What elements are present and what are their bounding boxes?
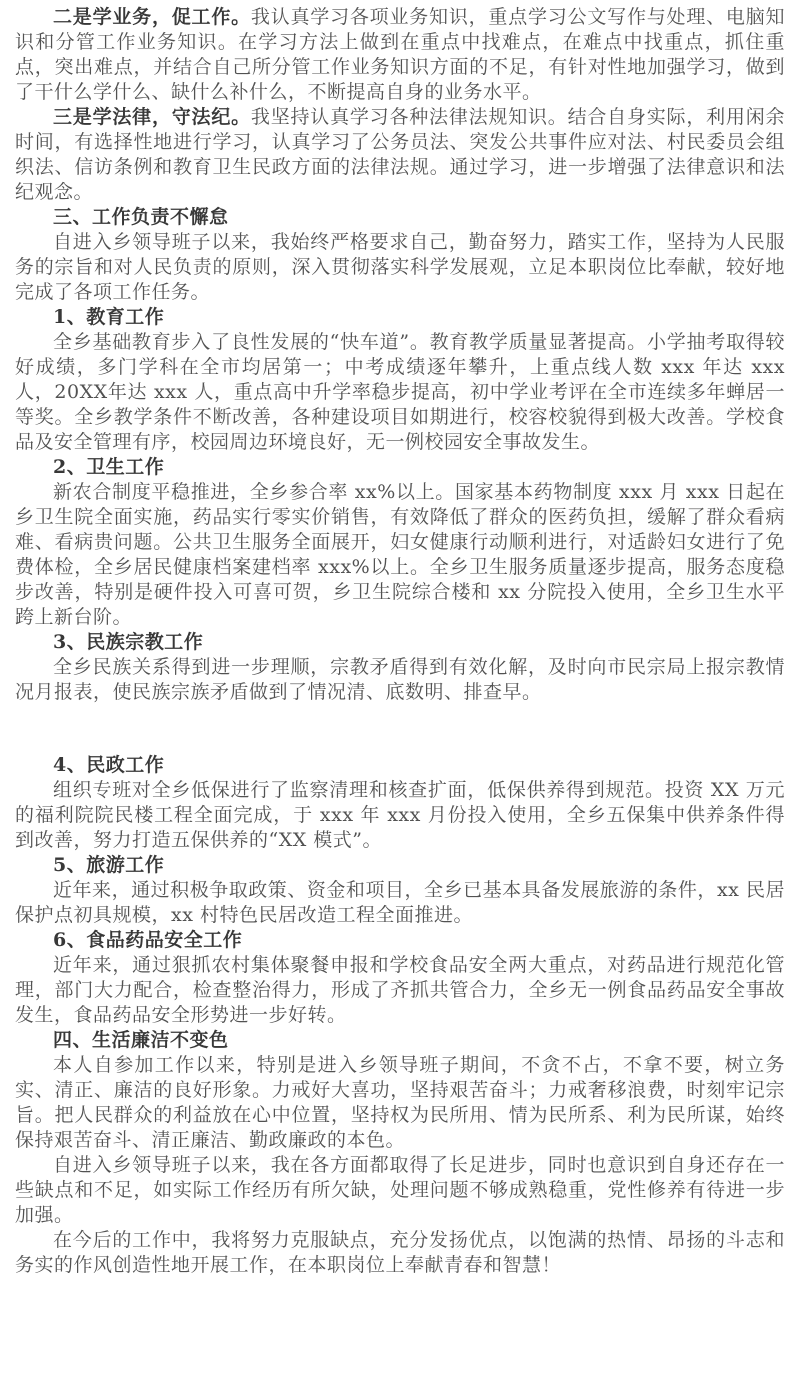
- section-heading: 三、工作负责不懈怠: [15, 205, 785, 230]
- paragraph-bold-lead: 三是学法律，守法纪。: [53, 106, 251, 128]
- section-heading: 5、旅游工作: [15, 853, 785, 878]
- body-paragraph: 二是学业务，促工作。我认真学习各项业务知识，重点学习公文写作与处理、电脑知识和分…: [15, 5, 785, 105]
- section-heading: 1、教育工作: [15, 305, 785, 330]
- document-page: 二是学业务，促工作。我认真学习各项业务知识，重点学习公文写作与处理、电脑知识和分…: [0, 0, 800, 1387]
- body-paragraph: 自进入乡领导班子以来，我在各方面都取得了长足进步，同时也意识到自身还存在一些缺点…: [15, 1153, 785, 1228]
- body-paragraph: 在今后的工作中，我将努力克服缺点，充分发扬优点，以饱满的热情、昂扬的斗志和务实的…: [15, 1228, 785, 1278]
- body-paragraph: 新农合制度平稳推进，全乡参合率 xx%以上。国家基本药物制度 xxx 月 xxx…: [15, 480, 785, 630]
- section-heading: 3、民族宗教工作: [15, 630, 785, 655]
- page-break-gap: [15, 705, 785, 753]
- section-heading: 2、卫生工作: [15, 455, 785, 480]
- body-paragraph: 本人自参加工作以来，特别是进入乡领导班子期间，不贪不占，不拿不要，树立务实、清正…: [15, 1053, 785, 1153]
- body-paragraph: 自进入乡领导班子以来，我始终严格要求自己，勤奋努力，踏实工作，坚持为人民服务的宗…: [15, 230, 785, 305]
- body-paragraph: 近年来，通过积极争取政策、资金和项目，全乡已基本具备发展旅游的条件，xx 民居保…: [15, 878, 785, 928]
- document-body: 二是学业务，促工作。我认真学习各项业务知识，重点学习公文写作与处理、电脑知识和分…: [15, 5, 785, 1278]
- section-heading: 6、食品药品安全工作: [15, 928, 785, 953]
- section-heading: 4、民政工作: [15, 753, 785, 778]
- body-paragraph: 全乡民族关系得到进一步理顺，宗教矛盾得到有效化解，及时向市民宗局上报宗教情况月报…: [15, 655, 785, 705]
- paragraph-bold-lead: 二是学业务，促工作。: [53, 6, 251, 28]
- section-heading: 四、生活廉洁不变色: [15, 1028, 785, 1053]
- body-paragraph: 近年来，通过狠抓农村集体聚餐申报和学校食品安全两大重点，对药品进行规范化管理，部…: [15, 953, 785, 1028]
- body-paragraph: 全乡基础教育步入了良性发展的“快车道”。教育教学质量显著提高。小学抽考取得较好成…: [15, 330, 785, 455]
- body-paragraph: 组织专班对全乡低保进行了监察清理和核查扩面，低保供养得到规范。投资 XX 万元的…: [15, 778, 785, 853]
- body-paragraph: 三是学法律，守法纪。我坚持认真学习各种法律法规知识。结合自身实际，利用闲余时间，…: [15, 105, 785, 205]
